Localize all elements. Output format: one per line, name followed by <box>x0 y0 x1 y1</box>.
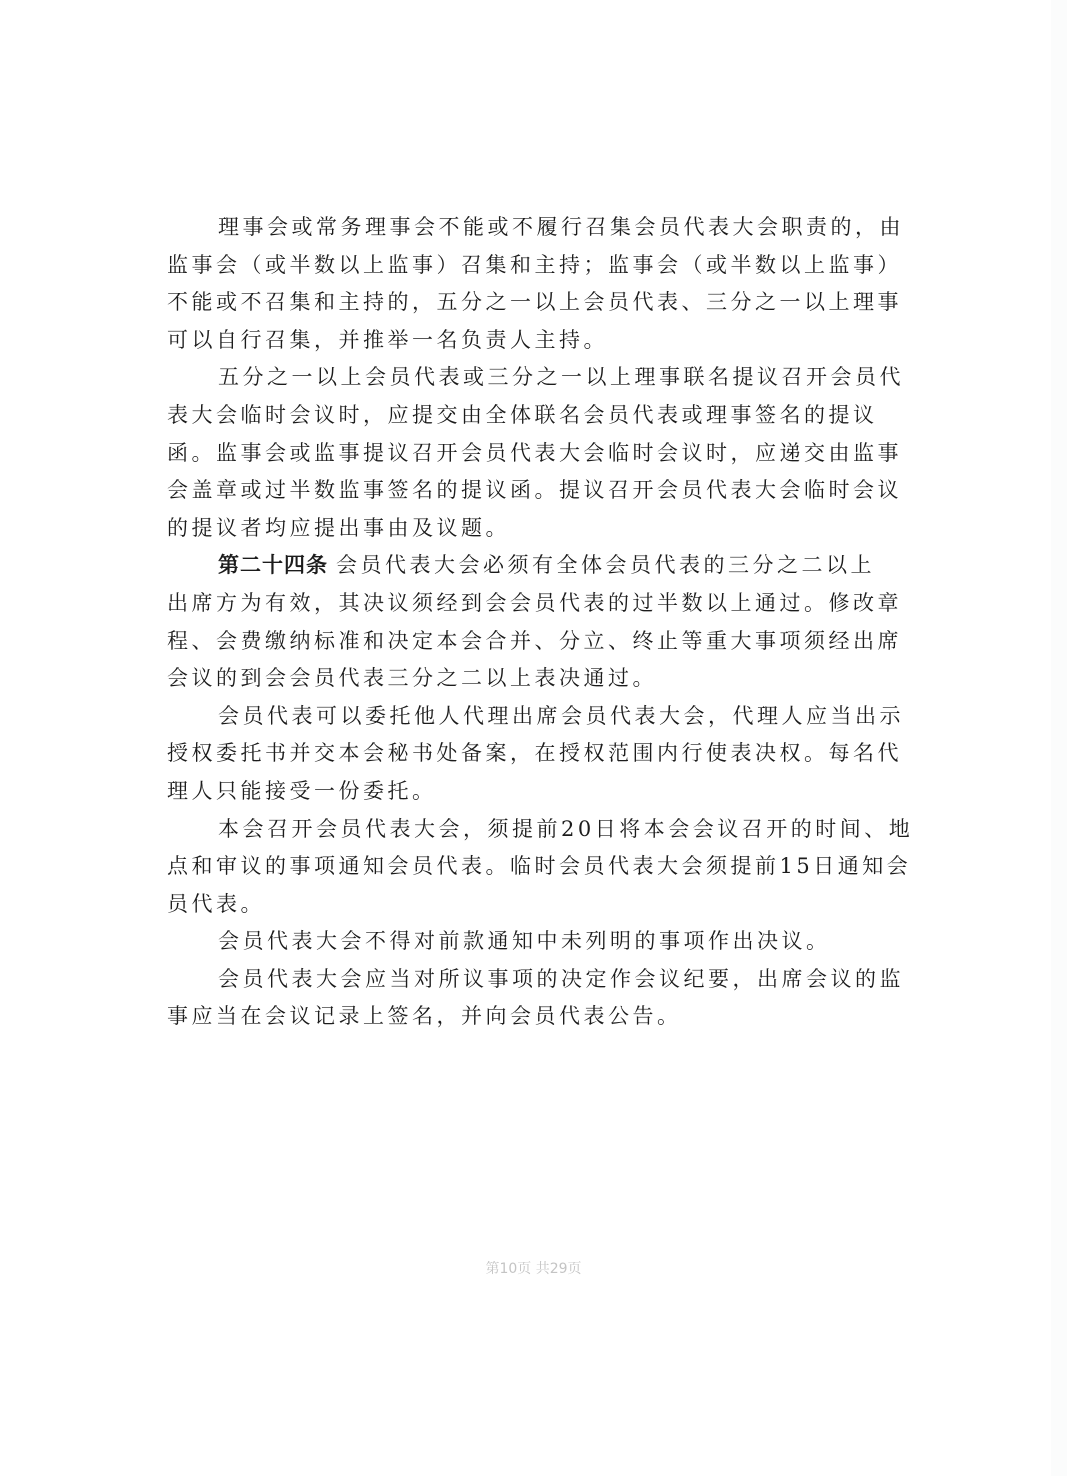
paragraph: 会员代表大会应当对所议事项的决定作会议纪要，出席会议的监 事应当在会议记录上签名… <box>167 961 915 1036</box>
text-line: 理人只能接受一份委托。 <box>167 773 915 811</box>
text-line: 可以自行召集，并推举一名负责人主持。 <box>167 322 915 360</box>
text-line: 第二十四条会员代表大会必须有全体会员代表的三分之二以上 <box>167 547 915 585</box>
text-line: 函。监事会或监事提议召开会员代表大会临时会议时，应递交由监事 <box>167 435 915 473</box>
article-heading: 第二十四条 <box>218 553 328 577</box>
document-page: 理事会或常务理事会不能或不履行召集会员代表大会职责的，由 监事会（或半数以上监事… <box>0 0 1067 1476</box>
text-line: 理事会或常务理事会不能或不履行召集会员代表大会职责的，由 <box>167 209 915 247</box>
text-line: 员代表。 <box>167 886 915 924</box>
article-24-paragraph: 第二十四条会员代表大会必须有全体会员代表的三分之二以上 出席方为有效，其决议须经… <box>167 547 915 697</box>
text-line: 本会召开会员代表大会，须提前20日将本会会议召开的时间、地 <box>167 811 915 849</box>
page-edge <box>1051 0 1067 1476</box>
text-line: 的提议者均应提出事由及议题。 <box>167 510 915 548</box>
text-line: 会议的到会会员代表三分之二以上表决通过。 <box>167 660 915 698</box>
paragraph: 五分之一以上会员代表或三分之一以上理事联名提议召开会员代 表大会临时会议时，应提… <box>167 359 915 547</box>
article-text: 会员代表大会必须有全体会员代表的三分之二以上 <box>336 553 875 577</box>
text-line: 会盖章或过半数监事签名的提议函。提议召开会员代表大会临时会议 <box>167 472 915 510</box>
paragraph: 会员代表大会不得对前款通知中未列明的事项作出决议。 <box>167 923 915 961</box>
text-line: 授权委托书并交本会秘书处备案，在授权范围内行使表决权。每名代 <box>167 735 915 773</box>
text-line: 表大会临时会议时，应提交由全体联名会员代表或理事签名的提议 <box>167 397 915 435</box>
text-line: 程、会费缴纳标准和决定本会合并、分立、终止等重大事项须经出席 <box>167 623 915 661</box>
text-line: 会员代表可以委托他人代理出席会员代表大会，代理人应当出示 <box>167 698 915 736</box>
text-line: 事应当在会议记录上签名，并向会员代表公告。 <box>167 998 915 1036</box>
text-line: 会员代表大会不得对前款通知中未列明的事项作出决议。 <box>167 923 915 961</box>
document-body: 理事会或常务理事会不能或不履行召集会员代表大会职责的，由 监事会（或半数以上监事… <box>167 209 915 1036</box>
text-line: 点和审议的事项通知会员代表。临时会员代表大会须提前15日通知会 <box>167 848 915 886</box>
paragraph: 会员代表可以委托他人代理出席会员代表大会，代理人应当出示 授权委托书并交本会秘书… <box>167 698 915 811</box>
text-line: 不能或不召集和主持的，五分之一以上会员代表、三分之一以上理事 <box>167 284 915 322</box>
text-line: 会员代表大会应当对所议事项的决定作会议纪要，出席会议的监 <box>167 961 915 999</box>
text-line: 五分之一以上会员代表或三分之一以上理事联名提议召开会员代 <box>167 359 915 397</box>
text-line: 监事会（或半数以上监事）召集和主持；监事会（或半数以上监事） <box>167 247 915 285</box>
paragraph: 本会召开会员代表大会，须提前20日将本会会议召开的时间、地 点和审议的事项通知会… <box>167 811 915 924</box>
paragraph: 理事会或常务理事会不能或不履行召集会员代表大会职责的，由 监事会（或半数以上监事… <box>167 209 915 359</box>
text-line: 出席方为有效，其决议须经到会会员代表的过半数以上通过。修改章 <box>167 585 915 623</box>
page-number-indicator: 第10页 共29页 <box>0 1258 1067 1278</box>
